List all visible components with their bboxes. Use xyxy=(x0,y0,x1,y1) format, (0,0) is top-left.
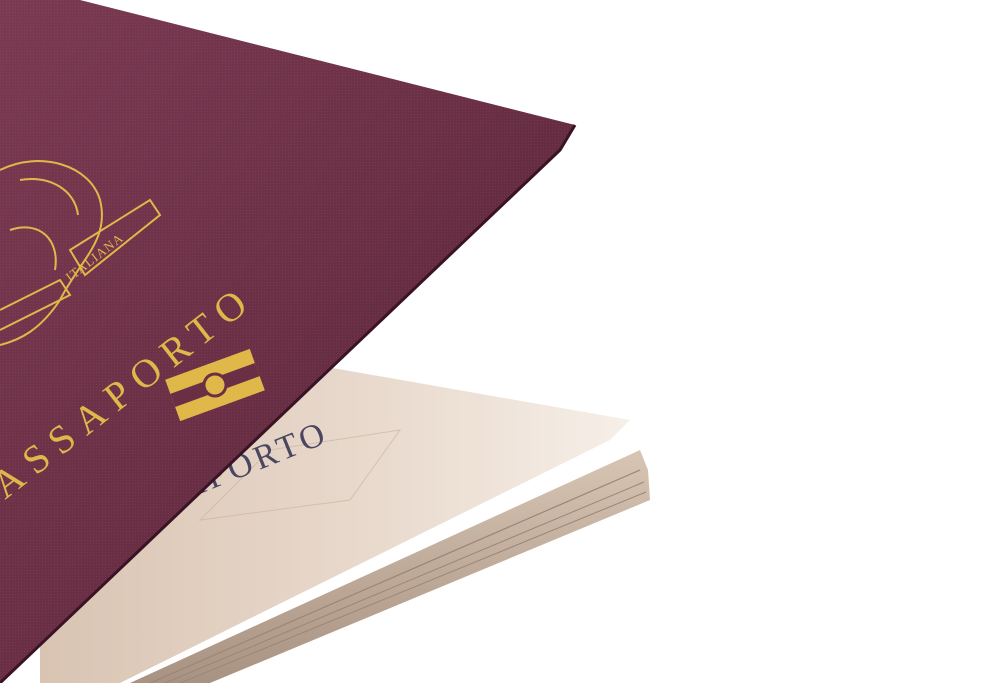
passport-photo: APORTO ITALIANA ASSAPORTO xyxy=(0,0,1000,683)
passport-illustration: APORTO ITALIANA ASSAPORTO xyxy=(0,0,1000,683)
